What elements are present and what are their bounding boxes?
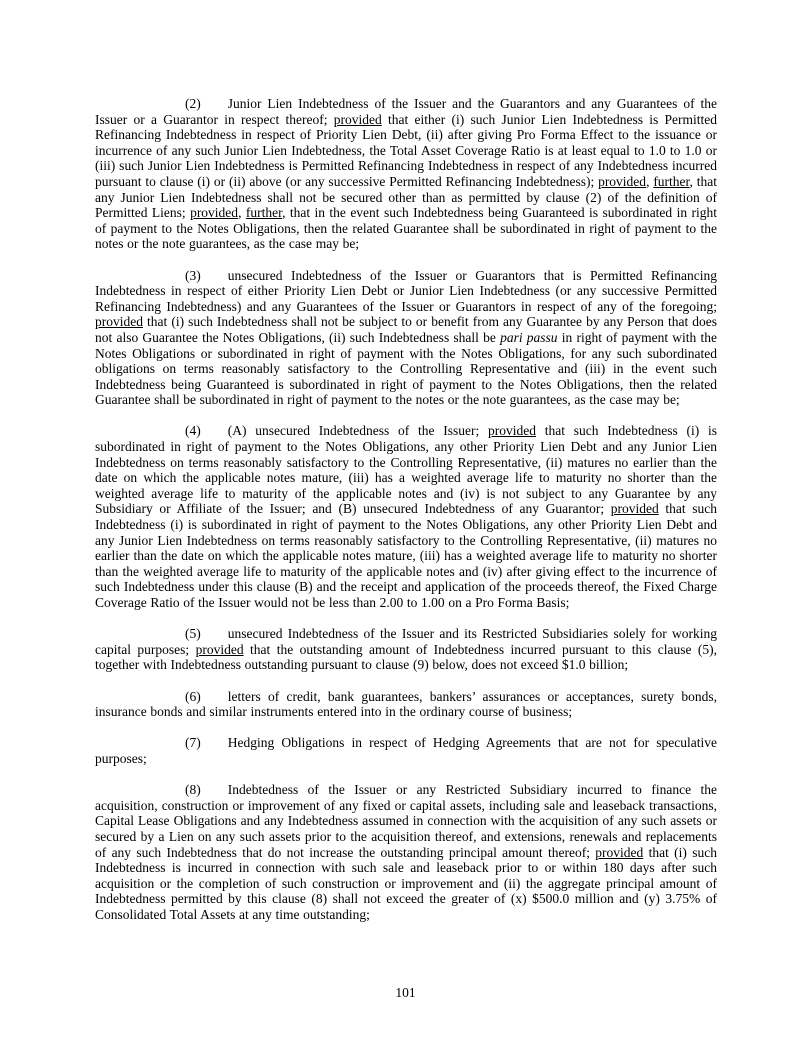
clause-text: that such Indebtedness (i) is subordinat… (95, 501, 717, 610)
clause-number: (5) (185, 626, 201, 641)
page-number: 101 (0, 985, 811, 1001)
clause-text: (A) unsecured Indebtedness of the Issuer… (228, 423, 488, 438)
emphasized-term: provided (488, 423, 536, 438)
emphasized-term: provided (95, 314, 143, 329)
paragraph-clause-8: (8)Indebtedness of the Issuer or any Res… (95, 782, 717, 922)
emphasized-term: provided (611, 501, 659, 516)
latin-term: pari passu (500, 330, 557, 345)
clause-number: (3) (185, 268, 201, 283)
paragraph-clause-7: (7)Hedging Obligations in respect of Hed… (95, 735, 717, 766)
paragraph-clause-2: (2)Junior Lien Indebtedness of the Issue… (95, 96, 717, 252)
emphasized-term: further (246, 205, 282, 220)
paragraph-clause-5: (5)unsecured Indebtedness of the Issuer … (95, 626, 717, 673)
document-page: (2)Junior Lien Indebtedness of the Issue… (0, 0, 811, 1050)
clause-number: (6) (185, 689, 201, 704)
emphasized-term: provided (598, 174, 646, 189)
emphasized-term: further (653, 174, 689, 189)
emphasized-term: provided (595, 845, 643, 860)
paragraph-clause-6: (6)letters of credit, bank guarantees, b… (95, 689, 717, 720)
paragraph-clause-3: (3)unsecured Indebtedness of the Issuer … (95, 268, 717, 408)
emphasized-term: provided (334, 112, 382, 127)
clause-number: (8) (185, 782, 201, 797)
emphasized-term: provided (190, 205, 238, 220)
paragraph-clause-4: (4)(A) unsecured Indebtedness of the Iss… (95, 423, 717, 610)
clause-text: , (238, 205, 246, 220)
clause-number: (4) (185, 423, 201, 438)
clause-number: (2) (185, 96, 201, 111)
document-body: (2)Junior Lien Indebtedness of the Issue… (95, 96, 717, 922)
clause-number: (7) (185, 735, 201, 750)
emphasized-term: provided (196, 642, 244, 657)
